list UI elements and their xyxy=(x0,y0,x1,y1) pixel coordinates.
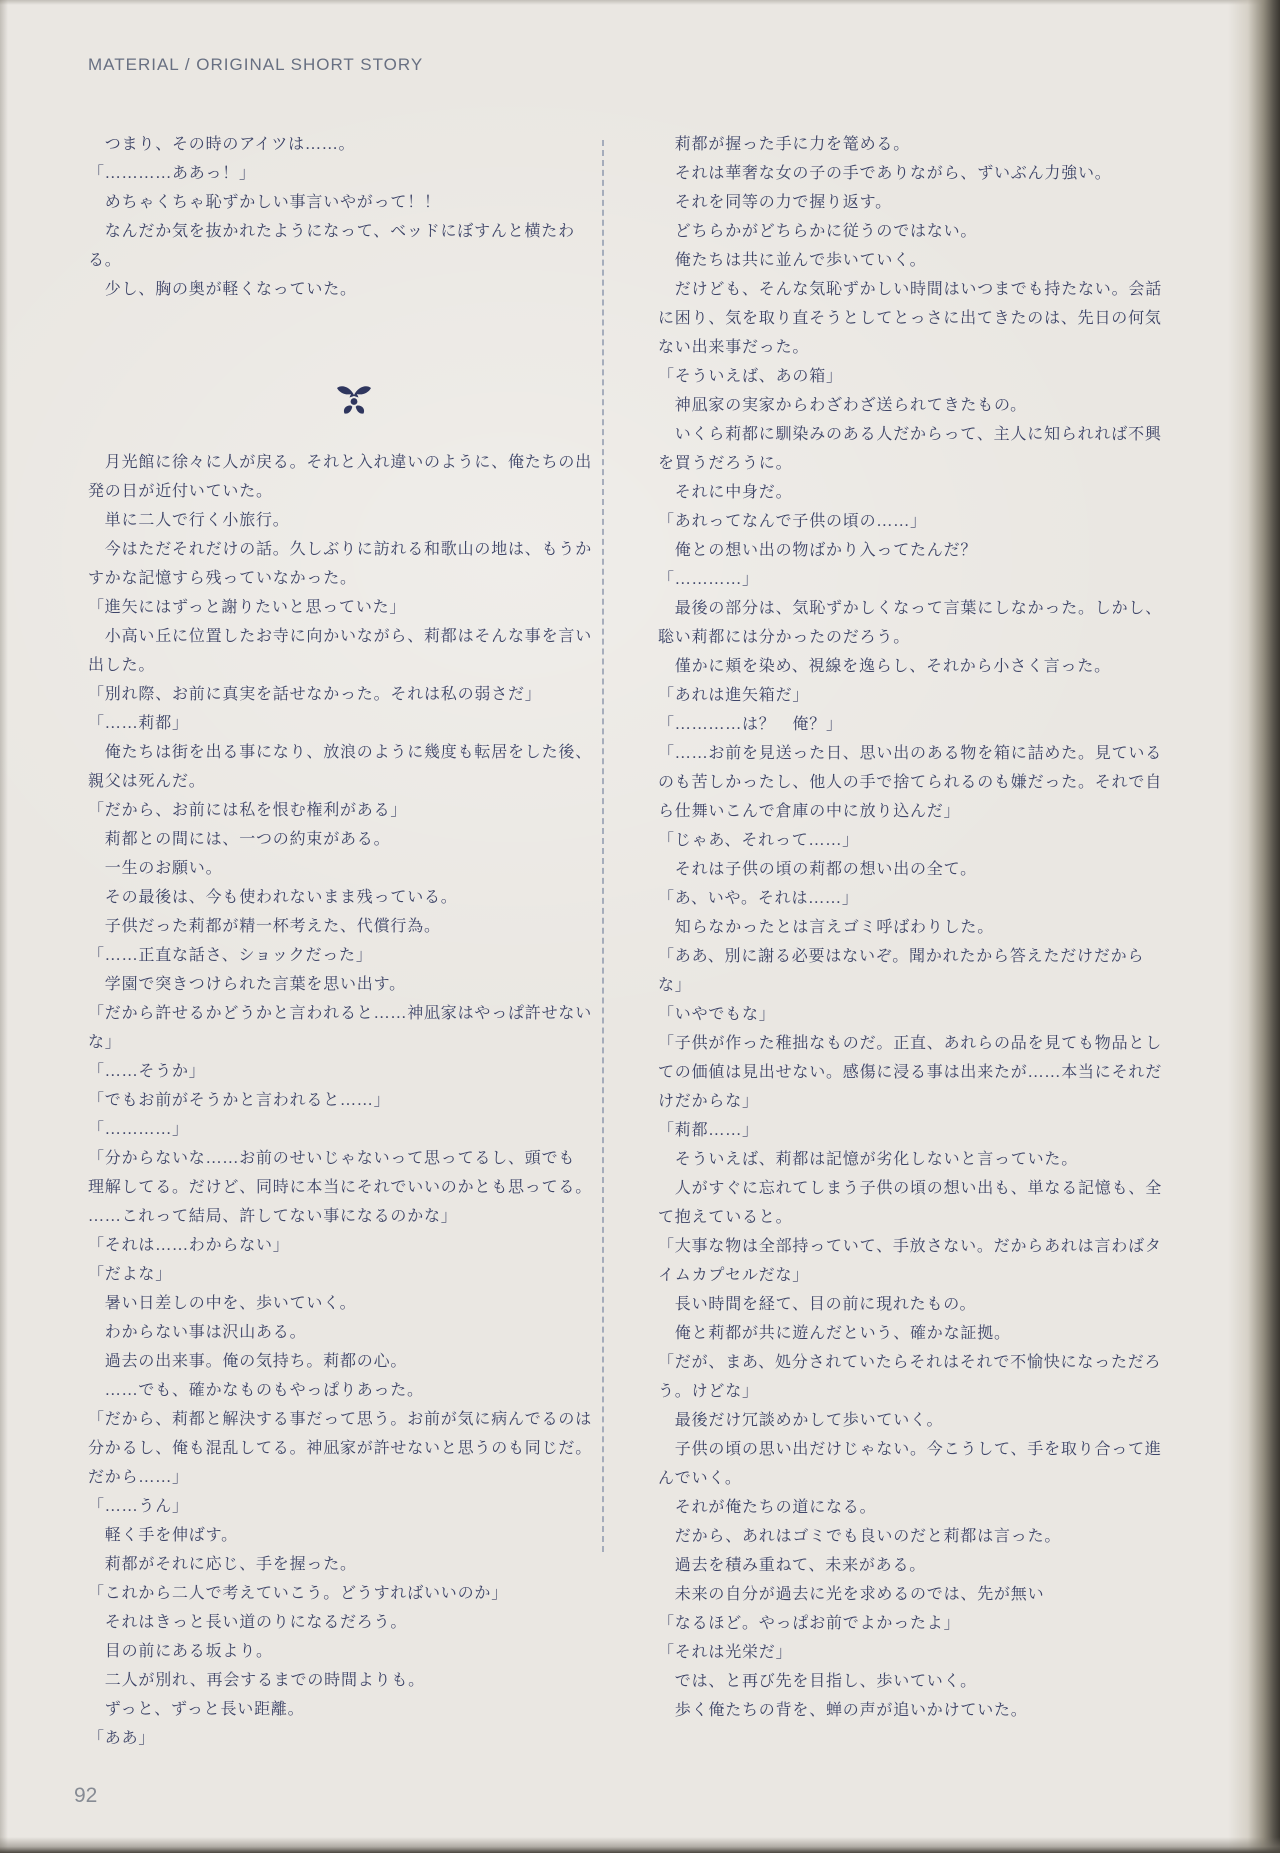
text-line: けだからな」 xyxy=(658,1087,1173,1116)
text-line: ずっと、ずっと長い距離。 xyxy=(88,1695,600,1724)
text-line: 二人が別れ、再会するまでの時間よりも。 xyxy=(88,1666,600,1695)
text-line: 過去の出来事。俺の気持ち。莉都の心。 xyxy=(88,1347,600,1376)
text-line: 一生のお願い。 xyxy=(88,854,600,883)
text-line: 人がすぐに忘れてしまう子供の頃の想い出も、単なる記憶も、全 xyxy=(658,1174,1173,1203)
text-line: 「……そうか」 xyxy=(88,1057,600,1086)
text-line: イムカプセルだな」 xyxy=(658,1261,1173,1290)
page-edge-shadow-right xyxy=(1228,0,1280,1853)
text-line: ……これって結局、許してない事になるのかな」 xyxy=(88,1202,600,1231)
page-edge-shadow-left xyxy=(0,0,8,1853)
text-line: て抱えていると。 xyxy=(658,1203,1173,1232)
text-line: ら仕舞いこんで倉庫の中に放り込んだ」 xyxy=(658,797,1173,826)
text-line: ない出来事だった。 xyxy=(658,333,1173,362)
text-line: どちらかがどちらかに従うのではない。 xyxy=(658,217,1173,246)
left-column: つまり、その時のアイツは……。「…………ああっ！」 めちゃくちゃ恥ずかしい事言い… xyxy=(88,130,600,1753)
text-line: 莉都がそれに応じ、手を握った。 xyxy=(88,1550,600,1579)
text-line: 「進矢にはずっと謝りたいと思っていた」 xyxy=(88,593,600,622)
text-line: に困り、気を取り直そうとしてとっさに出てきたのは、先日の何気 xyxy=(658,304,1173,333)
text-line: 「…………は？ 俺？」 xyxy=(658,710,1173,739)
text-line: 僅かに頬を染め、視線を逸らし、それから小さく言った。 xyxy=(658,652,1173,681)
text-line: 学園で突きつけられた言葉を思い出す。 xyxy=(88,970,600,999)
text-line: 「分からないな……お前のせいじゃないって思ってるし、頭でも xyxy=(88,1144,600,1173)
text-line: 「……莉都」 xyxy=(88,709,600,738)
text-line: 神凪家の実家からわざわざ送られてきたもの。 xyxy=(658,391,1173,420)
text-line: 聡い莉都には分かったのだろう。 xyxy=(658,623,1173,652)
text-line: それは子供の頃の莉都の想い出の全て。 xyxy=(658,855,1173,884)
text-line: 「だから、お前には私を恨む権利がある」 xyxy=(88,796,600,825)
text-line: ての価値は見出せない。感傷に浸る事は出来たが……本当にそれだ xyxy=(658,1058,1173,1087)
text-line: 「だから、莉都と解決する事だって思う。お前が気に病んでるのは xyxy=(88,1405,600,1434)
page-edge-shadow-bottom xyxy=(0,1837,1280,1853)
text-line: 歩く俺たちの背を、蝉の声が追いかけていた。 xyxy=(658,1696,1173,1725)
text-line: 「じゃあ、それって……」 xyxy=(658,826,1173,855)
text-line: 「あれってなんで子供の頃の……」 xyxy=(658,507,1173,536)
text-line: ……でも、確かなものもやっぱりあった。 xyxy=(88,1376,600,1405)
left-column-section-1: つまり、その時のアイツは……。「…………ああっ！」 めちゃくちゃ恥ずかしい事言い… xyxy=(88,130,600,304)
text-line: 「でもお前がそうかと言われると……」 xyxy=(88,1086,600,1115)
text-line: 理解してる。だけど、同時に本当にそれでいいのかとも思ってる。 xyxy=(88,1173,600,1202)
text-line: 「これから二人で考えていこう。どうすればいいのか」 xyxy=(88,1579,600,1608)
text-line: そういえば、莉都は記憶が劣化しないと言っていた。 xyxy=(658,1145,1173,1174)
text-line: 「ああ、別に謝る必要はないぞ。聞かれたから答えただけだから xyxy=(658,942,1173,971)
page-number: 92 xyxy=(74,1784,97,1808)
text-line: それが俺たちの道になる。 xyxy=(658,1493,1173,1522)
text-line: 「それは光栄だ」 xyxy=(658,1638,1173,1667)
text-line: 「莉都……」 xyxy=(658,1116,1173,1145)
text-line: 未来の自分が過去に光を求めるのでは、先が無い xyxy=(658,1580,1173,1609)
text-line: それはきっと長い道のりになるだろう。 xyxy=(88,1608,600,1637)
text-line: 子供の頃の思い出だけじゃない。今こうして、手を取り合って進 xyxy=(658,1435,1173,1464)
text-line: つまり、その時のアイツは……。 xyxy=(88,130,600,159)
text-line: 「だから許せるかどうかと言われると……神凪家はやっぱ許せない xyxy=(88,999,600,1028)
text-line: 「それは……わからない」 xyxy=(88,1231,600,1260)
text-line: それは華奢な女の子の手でありながら、ずいぶん力強い。 xyxy=(658,159,1173,188)
text-line: 長い時間を経て、目の前に現れたもの。 xyxy=(658,1290,1173,1319)
text-line: 「いやでもな」 xyxy=(658,1000,1173,1029)
text-line: 発の日が近付いていた。 xyxy=(88,477,600,506)
text-line: 「……お前を見送った日、思い出のある物を箱に詰めた。見ている xyxy=(658,739,1173,768)
text-line: 「子供が作った稚拙なものだ。正直、あれらの品を見ても物品とし xyxy=(658,1029,1173,1058)
text-line: う。けどな」 xyxy=(658,1377,1173,1406)
text-line: 俺たちは共に並んで歩いていく。 xyxy=(658,246,1173,275)
text-line: わからない事は沢山ある。 xyxy=(88,1318,600,1347)
text-line: なんだか気を抜かれたようになって、ベッドにぼすんと横たわ xyxy=(88,217,600,246)
text-line: その最後は、今も使われないまま残っている。 xyxy=(88,883,600,912)
text-line: いくら莉都に馴染みのある人だからって、主人に知られれば不興 xyxy=(658,420,1173,449)
text-line: 「…………」 xyxy=(88,1115,600,1144)
right-column-section: 莉都が握った手に力を篭める。 それは華奢な女の子の手でありながら、ずいぶん力強い… xyxy=(658,130,1173,1725)
text-line: 「あれは進矢箱だ」 xyxy=(658,681,1173,710)
text-line: 軽く手を伸ばす。 xyxy=(88,1521,600,1550)
text-line: 少し、胸の奥が軽くなっていた。 xyxy=(88,275,600,304)
text-line: 分かるし、俺も混乱してる。神凪家が許せないと思うのも同じだ。 xyxy=(88,1434,600,1463)
text-line: それに中身だ。 xyxy=(658,478,1173,507)
text-line: だから……」 xyxy=(88,1463,600,1492)
text-line: 過去を積み重ねて、未来がある。 xyxy=(658,1551,1173,1580)
page-edge-shadow-top xyxy=(0,0,1280,5)
page-header: MATERIAL / ORIGINAL SHORT STORY xyxy=(88,55,423,75)
text-line: 俺との想い出の物ばかり入ってたんだ？ xyxy=(658,536,1173,565)
text-line: だけども、そんな気恥ずかしい時間はいつまでも持たない。会話 xyxy=(658,275,1173,304)
text-line: 最後だけ冗談めかして歩いていく。 xyxy=(658,1406,1173,1435)
text-line: 俺たちは街を出る事になり、放浪のように幾度も転居をした後、 xyxy=(88,738,600,767)
left-column-section-2: 月光館に徐々に人が戻る。それと入れ違いのように、俺たちの出発の日が近付いていた。… xyxy=(88,448,600,1753)
text-line: 「そういえば、あの箱」 xyxy=(658,362,1173,391)
text-line: 暑い日差しの中を、歩いていく。 xyxy=(88,1289,600,1318)
text-line: 目の前にある坂より。 xyxy=(88,1637,600,1666)
book-page: MATERIAL / ORIGINAL SHORT STORY つまり、その時の… xyxy=(0,0,1280,1853)
text-line: 「だよな」 xyxy=(88,1260,600,1289)
text-line: 「別れ際、お前に真実を話せなかった。それは私の弱さだ」 xyxy=(88,680,600,709)
text-line: めちゃくちゃ恥ずかしい事言いやがって！！ xyxy=(88,188,600,217)
text-line: 「……正直な話さ、ショックだった」 xyxy=(88,941,600,970)
text-line: だから、あれはゴミでも良いのだと莉都は言った。 xyxy=(658,1522,1173,1551)
text-line: 莉都との間には、一つの約束がある。 xyxy=(88,825,600,854)
text-line: 「…………」 xyxy=(658,565,1173,594)
fleuron-ornament-icon xyxy=(98,383,610,416)
text-line: 親父は死んだ。 xyxy=(88,767,600,796)
text-line: 「大事な物は全部持っていて、手放さない。だからあれは言わばタ xyxy=(658,1232,1173,1261)
text-line: 出した。 xyxy=(88,651,600,680)
text-line: 俺と莉都が共に遊んだという、確かな証拠。 xyxy=(658,1319,1173,1348)
text-line: それを同等の力で握り返す。 xyxy=(658,188,1173,217)
column-divider xyxy=(602,140,604,1552)
text-line: んでいく。 xyxy=(658,1464,1173,1493)
text-line: 莉都が握った手に力を篭める。 xyxy=(658,130,1173,159)
text-line: 今はただそれだけの話。久しぶりに訪れる和歌山の地は、もうか xyxy=(88,535,600,564)
text-line: すかな記憶すら残っていなかった。 xyxy=(88,564,600,593)
text-line: では、と再び先を目指し、歩いていく。 xyxy=(658,1667,1173,1696)
text-line: な」 xyxy=(88,1028,600,1057)
text-line: 「……うん」 xyxy=(88,1492,600,1521)
text-line: る。 xyxy=(88,246,600,275)
text-line: 「ああ」 xyxy=(88,1724,600,1753)
text-line: 単に二人で行く小旅行。 xyxy=(88,506,600,535)
text-line: 最後の部分は、気恥ずかしくなって言葉にしなかった。しかし、 xyxy=(658,594,1173,623)
text-line: 「あ、いや。それは……」 xyxy=(658,884,1173,913)
text-line: 「…………ああっ！」 xyxy=(88,159,600,188)
text-line: 「なるほど。やっぱお前でよかったよ」 xyxy=(658,1609,1173,1638)
text-line: 月光館に徐々に人が戻る。それと入れ違いのように、俺たちの出 xyxy=(88,448,600,477)
text-line: のも苦しかったし、他人の手で捨てられるのも嫌だった。それで自 xyxy=(658,768,1173,797)
right-column: 莉都が握った手に力を篭める。 それは華奢な女の子の手でありながら、ずいぶん力強い… xyxy=(658,130,1173,1725)
text-line: を買うだろうに。 xyxy=(658,449,1173,478)
text-line: 「だが、まあ、処分されていたらそれはそれで不愉快になっただろ xyxy=(658,1348,1173,1377)
text-line: 子供だった莉都が精一杯考えた、代償行為。 xyxy=(88,912,600,941)
text-line: 知らなかったとは言えゴミ呼ばわりした。 xyxy=(658,913,1173,942)
text-line: な」 xyxy=(658,971,1173,1000)
text-line: 小高い丘に位置したお寺に向かいながら、莉都はそんな事を言い xyxy=(88,622,600,651)
